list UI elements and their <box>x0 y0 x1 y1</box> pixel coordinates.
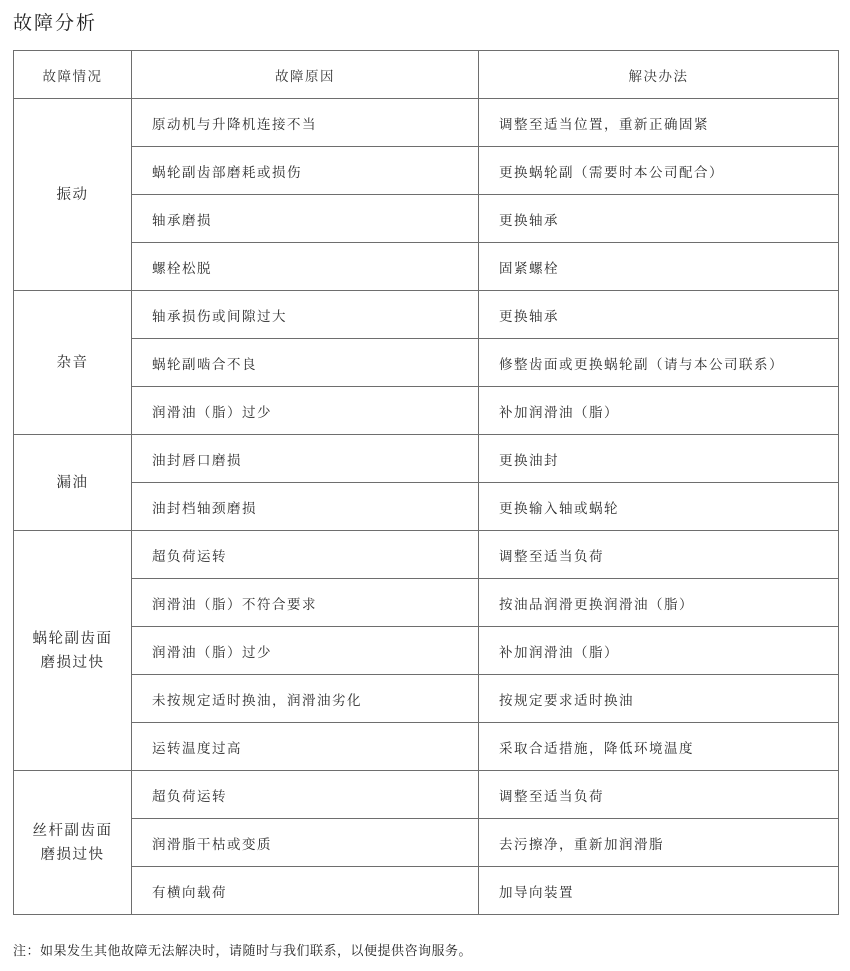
category-line-1: 丝杆副齿面 <box>14 819 131 843</box>
table-row: 有横向载荷 加导向装置 <box>14 867 839 915</box>
cause-cell: 原动机与升降机连接不当 <box>132 99 479 147</box>
solution-cell: 更换输入轴或蜗轮 <box>479 483 839 531</box>
category-line-2: 磨损过快 <box>14 843 131 867</box>
cause-cell: 轴承磨损 <box>132 195 479 243</box>
solution-cell: 更换蜗轮副（需要时本公司配合） <box>479 147 839 195</box>
table-row: 杂音 轴承损伤或间隙过大 更换轴承 <box>14 291 839 339</box>
solution-cell: 去污擦净，重新加润滑脂 <box>479 819 839 867</box>
cause-cell: 轴承损伤或间隙过大 <box>132 291 479 339</box>
cause-cell: 润滑油（脂）不符合要求 <box>132 579 479 627</box>
table-row: 蜗轮副啮合不良 修整齿面或更换蜗轮副（请与本公司联系） <box>14 339 839 387</box>
header-fault-condition: 故障情况 <box>14 51 132 99</box>
solution-cell: 调整至适当位置，重新正确固紧 <box>479 99 839 147</box>
solution-cell: 更换轴承 <box>479 291 839 339</box>
solution-cell: 调整至适当负荷 <box>479 531 839 579</box>
cause-cell: 螺栓松脱 <box>132 243 479 291</box>
cause-cell: 超负荷运转 <box>132 531 479 579</box>
solution-cell: 补加润滑油（脂） <box>479 627 839 675</box>
table-row: 运转温度过高 采取合适措施，降低环境温度 <box>14 723 839 771</box>
fault-analysis-table: 故障情况 故障原因 解决办法 振动 原动机与升降机连接不当 调整至适当位置，重新… <box>13 50 839 915</box>
table-row: 油封档轴颈磨损 更换输入轴或蜗轮 <box>14 483 839 531</box>
table-header-row: 故障情况 故障原因 解决办法 <box>14 51 839 99</box>
cause-cell: 超负荷运转 <box>132 771 479 819</box>
table-row: 漏油 油封唇口磨损 更换油封 <box>14 435 839 483</box>
cause-cell: 油封档轴颈磨损 <box>132 483 479 531</box>
cause-cell: 有横向载荷 <box>132 867 479 915</box>
cause-cell: 油封唇口磨损 <box>132 435 479 483</box>
table-row: 蜗轮副齿面 磨损过快 超负荷运转 调整至适当负荷 <box>14 531 839 579</box>
table-row: 轴承磨损 更换轴承 <box>14 195 839 243</box>
cause-cell: 润滑油（脂）过少 <box>132 387 479 435</box>
table-row: 润滑油（脂）过少 补加润滑油（脂） <box>14 627 839 675</box>
table-row: 振动 原动机与升降机连接不当 调整至适当位置，重新正确固紧 <box>14 99 839 147</box>
category-noise: 杂音 <box>14 291 132 435</box>
cause-cell: 运转温度过高 <box>132 723 479 771</box>
category-vibration: 振动 <box>14 99 132 291</box>
cause-cell: 蜗轮副齿部磨耗或损伤 <box>132 147 479 195</box>
page-title: 故障分析 <box>13 8 97 35</box>
cause-cell: 润滑油（脂）过少 <box>132 627 479 675</box>
footnote: 注：如果发生其他故障无法解决时，请随时与我们联系，以便提供咨询服务。 <box>13 940 472 959</box>
solution-cell: 按油品润滑更换润滑油（脂） <box>479 579 839 627</box>
solution-cell: 更换轴承 <box>479 195 839 243</box>
solution-cell: 补加润滑油（脂） <box>479 387 839 435</box>
table-row: 润滑脂干枯或变质 去污擦净，重新加润滑脂 <box>14 819 839 867</box>
solution-cell: 按规定要求适时换油 <box>479 675 839 723</box>
table-row: 丝杆副齿面 磨损过快 超负荷运转 调整至适当负荷 <box>14 771 839 819</box>
category-line-1: 蜗轮副齿面 <box>14 627 131 651</box>
table-row: 蜗轮副齿部磨耗或损伤 更换蜗轮副（需要时本公司配合） <box>14 147 839 195</box>
cause-cell: 蜗轮副啮合不良 <box>132 339 479 387</box>
solution-cell: 加导向装置 <box>479 867 839 915</box>
table-row: 未按规定适时换油，润滑油劣化 按规定要求适时换油 <box>14 675 839 723</box>
solution-cell: 采取合适措施，降低环境温度 <box>479 723 839 771</box>
cause-cell: 润滑脂干枯或变质 <box>132 819 479 867</box>
table-row: 润滑油（脂）过少 补加润滑油（脂） <box>14 387 839 435</box>
table-row: 润滑油（脂）不符合要求 按油品润滑更换润滑油（脂） <box>14 579 839 627</box>
solution-cell: 固紧螺栓 <box>479 243 839 291</box>
category-worm-gear-wear: 蜗轮副齿面 磨损过快 <box>14 531 132 771</box>
solution-cell: 更换油封 <box>479 435 839 483</box>
category-screw-gear-wear: 丝杆副齿面 磨损过快 <box>14 771 132 915</box>
header-solution: 解决办法 <box>479 51 839 99</box>
solution-cell: 修整齿面或更换蜗轮副（请与本公司联系） <box>479 339 839 387</box>
category-line-2: 磨损过快 <box>14 651 131 675</box>
category-oil-leak: 漏油 <box>14 435 132 531</box>
table-row: 螺栓松脱 固紧螺栓 <box>14 243 839 291</box>
cause-cell: 未按规定适时换油，润滑油劣化 <box>132 675 479 723</box>
header-fault-cause: 故障原因 <box>132 51 479 99</box>
solution-cell: 调整至适当负荷 <box>479 771 839 819</box>
